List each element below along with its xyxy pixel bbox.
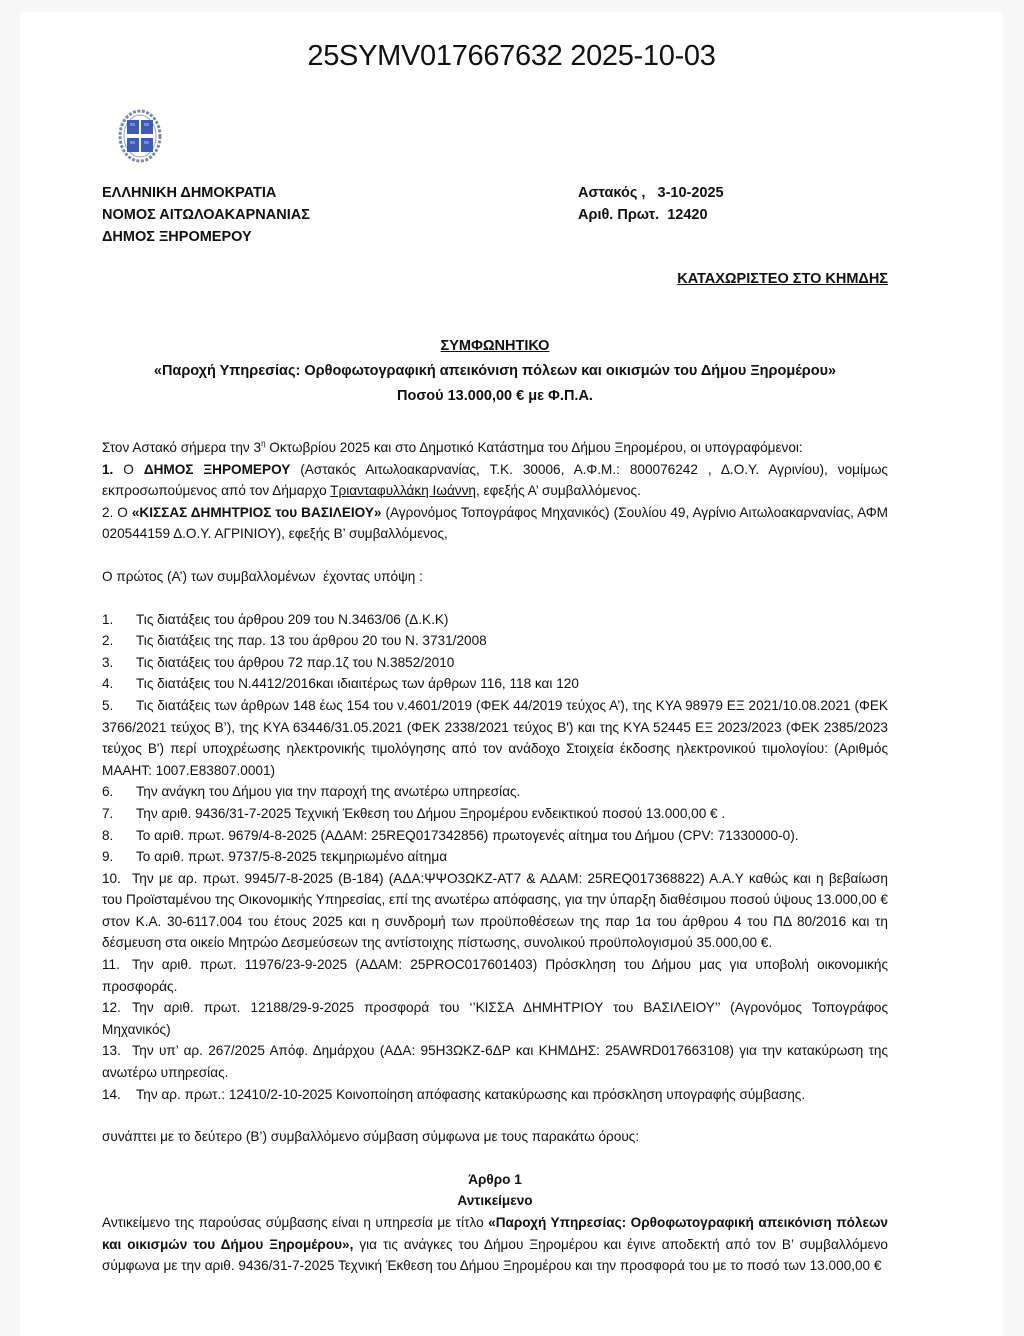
consideration-number: 12. bbox=[102, 997, 132, 1019]
consideration-item: 1.Τις διατάξεις του άρθρου 209 του Ν.346… bbox=[102, 609, 888, 631]
consideration-text: Την ανάγκη του Δήμου για την παροχή της … bbox=[136, 781, 520, 803]
consideration-number: 9. bbox=[102, 846, 136, 868]
document-amount: Ποσού 13.000,00 € με Φ.Π.Α. bbox=[102, 384, 888, 409]
consideration-number: 5. bbox=[102, 695, 136, 717]
party-1: 1. Ο ΔΗΜΟΣ ΞΗΡΟΜΕΡΟΥ (Αστακός Αιτωλοακαρ… bbox=[102, 459, 888, 502]
consideration-item: 8.Το αριθ. πρωτ. 9679/4-8-2025 (ΑΔΑΜ: 25… bbox=[102, 825, 888, 847]
consideration-number: 13. bbox=[102, 1040, 132, 1062]
consideration-text: Τις διατάξεις του άρθρου 72 παρ.1ζ του Ν… bbox=[136, 652, 454, 674]
consideration-text: Την υπ’ αρ. 267/2025 Απόφ. Δημάρχου (ΑΔΑ… bbox=[102, 1043, 888, 1080]
consideration-number: 4. bbox=[102, 673, 136, 695]
consideration-number: 7. bbox=[102, 803, 136, 825]
consideration-item: 7.Την αριθ. 9436/31-7-2025 Τεχνική Έκθεσ… bbox=[102, 803, 888, 825]
article-1-paragraph: Αντικείμενο της παρούσας σύμβασης είναι … bbox=[102, 1212, 888, 1277]
consideration-item: 11.Την αριθ. πρωτ. 11976/23-9-2025 (ΑΔΑΜ… bbox=[102, 954, 888, 997]
document-subtitle: «Παροχή Υπηρεσίας: Ορθοφωτογραφική απεικ… bbox=[102, 359, 888, 384]
article-text: Αντικείμενο της παρούσας σύμβασης είναι … bbox=[102, 1215, 488, 1230]
article-subheading: Αντικείμενο bbox=[102, 1190, 888, 1212]
consideration-number: 2. bbox=[102, 630, 136, 652]
party-number: 1. bbox=[102, 462, 113, 477]
consideration-text: Την αριθ. πρωτ. 11976/23-9-2025 (ΑΔΑΜ: 2… bbox=[102, 957, 888, 994]
consideration-item: 3.Τις διατάξεις του άρθρου 72 παρ.1ζ του… bbox=[102, 652, 888, 674]
considerations-list: 1.Τις διατάξεις του άρθρου 209 του Ν.346… bbox=[102, 609, 888, 1106]
party-text: Ο bbox=[113, 462, 143, 477]
consideration-text: Τις διατάξεις του Ν.4412/2016και ιδιαιτέ… bbox=[136, 673, 579, 695]
document-body: Στον Αστακό σήμερα την 3η Οκτωβρίου 2025… bbox=[102, 437, 888, 1277]
consideration-number: 10. bbox=[102, 868, 132, 890]
document-title: ΣΥΜΦΩΝΗΤΙΚΟ bbox=[102, 334, 888, 359]
consideration-item: 2.Τις διατάξεις της παρ. 13 του άρθρου 2… bbox=[102, 630, 888, 652]
consideration-item: 12.Την αριθ. πρωτ. 12188/29-9-2025 προσφ… bbox=[102, 997, 888, 1040]
document-code-header: 25SYMV017667632 2025-10-03 bbox=[20, 40, 1003, 73]
intro-paragraph: Στον Αστακό σήμερα την 3η Οκτωβρίου 2025… bbox=[102, 437, 888, 459]
consideration-text: Την αρ. πρωτ.: 12410/2-10-2025 Κοινοποίη… bbox=[136, 1084, 805, 1106]
mayor-name: Τριανταφυλλάκη Ιωάννη bbox=[330, 483, 476, 498]
consideration-item: 10.Την με αρ. πρωτ. 9945/7-8-2025 (Β-184… bbox=[102, 868, 888, 954]
consideration-text: Την αριθ. 9436/31-7-2025 Τεχνική Έκθεση … bbox=[136, 803, 725, 825]
consideration-item: 6.Την ανάγκη του Δήμου για την παροχή τη… bbox=[102, 781, 888, 803]
party-text: 2. Ο bbox=[102, 505, 132, 520]
intro-text: Στον Αστακό σήμερα την 3 bbox=[102, 440, 261, 455]
consideration-text: Την αριθ. πρωτ. 12188/29-9-2025 προσφορά… bbox=[102, 1000, 888, 1037]
protocol-number: Αριθ. Πρωτ. 12420 bbox=[578, 204, 724, 226]
concluding-line: συνάπτει με το δεύτερο (Β’) συμβαλλόμενο… bbox=[102, 1126, 888, 1148]
party-text: , εφεξής Α’ συμβαλλόμενος. bbox=[476, 483, 641, 498]
consideration-text: Τις διατάξεις της παρ. 13 του άρθρου 20 … bbox=[136, 630, 487, 652]
registry-note: ΚΑΤΑΧΩΡΙΣΤΕΟ ΣΤΟ ΚΗΜΔΗΣ bbox=[677, 271, 888, 287]
consideration-text: Το αριθ. πρωτ. 9737/5-8-2025 τεκμηριωμέν… bbox=[136, 846, 447, 868]
consideration-item: 9.Το αριθ. πρωτ. 9737/5-8-2025 τεκμηριωμ… bbox=[102, 846, 888, 868]
consideration-item: 14.Την αρ. πρωτ.: 12410/2-10-2025 Κοινοπ… bbox=[102, 1084, 888, 1106]
consideration-number: 6. bbox=[102, 781, 136, 803]
consideration-item: 5.Τις διατάξεις των άρθρων 148 έως 154 τ… bbox=[102, 695, 888, 781]
party-name: «ΚΙΣΣΑΣ ΔΗΜΗΤΡΙΟΣ του ΒΑΣΙΛΕΙΟΥ» bbox=[132, 505, 382, 520]
consideration-number: 8. bbox=[102, 825, 136, 847]
issuer-block: ΕΛΛΗΝΙΚΗ ΔΗΜΟΚΡΑΤΙΑ ΝΟΜΟΣ ΑΙΤΩΛΟΑΚΑΡΝΑΝΙ… bbox=[102, 182, 310, 248]
consideration-number: 14. bbox=[102, 1084, 136, 1106]
date-protocol-block: Αστακός , 3-10-2025 Αριθ. Πρωτ. 12420 bbox=[578, 182, 724, 226]
greek-republic-emblem-icon bbox=[117, 108, 163, 168]
article-heading: Άρθρο 1 bbox=[102, 1169, 888, 1191]
place-date: Αστακός , 3-10-2025 bbox=[578, 182, 724, 204]
consideration-number: 11. bbox=[102, 954, 132, 976]
consideration-text: Την με αρ. πρωτ. 9945/7-8-2025 (Β-184) (… bbox=[102, 871, 888, 951]
party-2: 2. Ο «ΚΙΣΣΑΣ ΔΗΜΗΤΡΙΟΣ του ΒΑΣΙΛΕΙΟΥ» (Α… bbox=[102, 502, 888, 545]
document-page: 25SYMV017667632 2025-10-03 ΕΛΛΗΝΙΚΗ ΔΗΜΟ… bbox=[20, 12, 1003, 1336]
consideration-item: 4.Τις διατάξεις του Ν.4412/2016και ιδιαι… bbox=[102, 673, 888, 695]
issuer-line: ΝΟΜΟΣ ΑΙΤΩΛΟΑΚΑΡΝΑΝΙΑΣ bbox=[102, 204, 310, 226]
consideration-number: 3. bbox=[102, 652, 136, 674]
consideration-item: 13.Την υπ’ αρ. 267/2025 Απόφ. Δημάρχου (… bbox=[102, 1040, 888, 1083]
issuer-line: ΕΛΛΗΝΙΚΗ ΔΗΜΟΚΡΑΤΙΑ bbox=[102, 182, 310, 204]
issuer-line: ΔΗΜΟΣ ΞΗΡΟΜΕΡΟΥ bbox=[102, 226, 310, 248]
consideration-text: Τις διατάξεις των άρθρων 148 έως 154 του… bbox=[102, 698, 888, 778]
consideration-text: Το αριθ. πρωτ. 9679/4-8-2025 (ΑΔΑΜ: 25RE… bbox=[136, 825, 799, 847]
title-block: ΣΥΜΦΩΝΗΤΙΚΟ «Παροχή Υπηρεσίας: Ορθοφωτογ… bbox=[102, 334, 888, 409]
consideration-number: 1. bbox=[102, 609, 136, 631]
intro-text: Οκτωβρίου 2025 και στο Δημοτικό Κατάστημ… bbox=[266, 440, 803, 455]
considering-line: Ο πρώτος (Α’) των συμβαλλομένων έχοντας … bbox=[102, 566, 888, 588]
party-name: ΔΗΜΟΣ ΞΗΡΟΜΕΡΟΥ bbox=[144, 462, 291, 477]
consideration-text: Τις διατάξεις του άρθρου 209 του Ν.3463/… bbox=[136, 609, 448, 631]
